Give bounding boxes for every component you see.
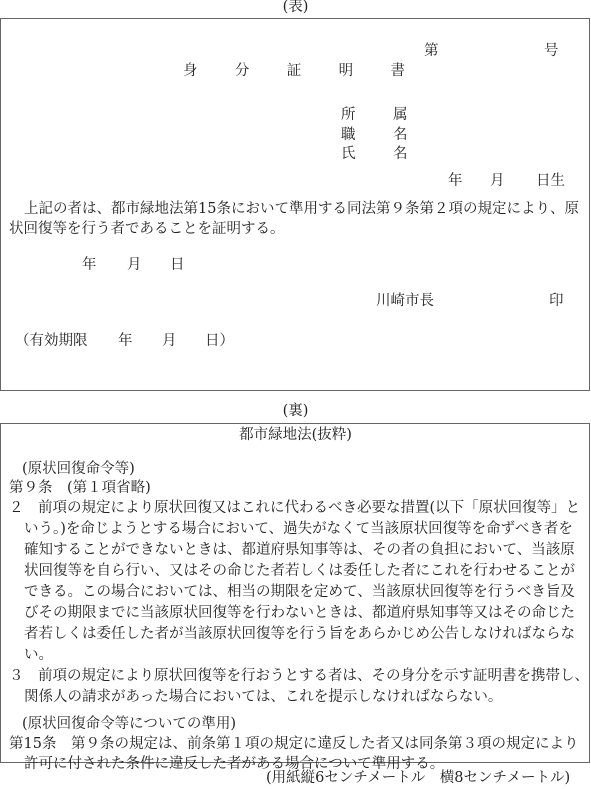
article-9-para2-line: い。 — [24, 648, 53, 663]
birth-day: 日生 — [536, 174, 565, 189]
title-char: 証 — [287, 64, 302, 79]
article-9-para2-line: いう。)を命じようとする場合において、過失がなくて当該原状回復等を命ずべき者を — [24, 522, 573, 537]
number-go: 号 — [544, 44, 559, 59]
title-char: 明 — [339, 64, 354, 79]
field-title-b: 名 — [393, 128, 408, 143]
article-9-para3-line: 関係人の請求があった場合においては、これを提示しなければならない。 — [24, 690, 502, 705]
title-char: 身 — [183, 64, 198, 79]
title-char: 書 — [391, 64, 406, 79]
field-title-a: 職 — [341, 128, 356, 143]
law-title: 都市緑地法(抜粋) — [0, 428, 591, 443]
field-affiliation-a: 所 — [341, 108, 356, 123]
field-name-b: 名 — [393, 147, 408, 162]
birth-year: 年 — [448, 174, 463, 189]
certification-text-line2: 状回復等を行う者であることを証明する。 — [9, 222, 285, 237]
front-caption: (表) — [0, 0, 591, 15]
article-9-para2-line: 確知することができないときは、都道府県知事等は、その者の負担において、当該原 — [24, 543, 575, 558]
issue-month: 月 — [127, 258, 142, 273]
certification-text-line1: 上記の者は、都市緑地法第15条において準用する同法第９条第２項の規定により、原 — [24, 202, 579, 217]
field-affiliation-b: 属 — [393, 108, 408, 123]
back-caption: (裏) — [0, 404, 591, 419]
issuer-mayor: 川崎市長 — [376, 294, 434, 309]
heading-restoration-order: (原状回復命令等) — [22, 462, 135, 477]
number-dai: 第 — [424, 44, 439, 59]
validity-year: 年 — [118, 334, 133, 349]
validity-month: 月 — [162, 334, 177, 349]
article-9-para2-line: 状回復等を自ら行い、又はその命じた者若しくは委任した者にこれを行わせることが — [24, 564, 575, 579]
article-15-line: 第15条 第９条の規定は、前条第１項の規定に違反した者又は同条第３項の規定により — [9, 737, 578, 752]
heading-application: (原状回復命令等についての準用) — [22, 717, 236, 732]
issue-year: 年 — [82, 258, 97, 273]
article-9-para2-line: びその期限までに当該原状回復等を行わないときは、都道府県知事等又はその命じた — [24, 606, 575, 621]
validity-label: （有効期限 — [15, 334, 88, 349]
seal-mark: 印 — [549, 294, 564, 309]
article-9-para2-line: ２ 前項の規定により原状回復又はこれに代わるべき必要な措置(以下「原状回復等」と — [9, 501, 580, 516]
paper-size-note: (用紙縦6センチメートル 横8センチメートル) — [266, 771, 570, 786]
article-9-para2-line: できる。この場合においては、相当の期限を定めて、当該原状回復等を行うべき旨及 — [24, 585, 575, 600]
title-char: 分 — [235, 64, 250, 79]
article-9-para3-line: ３ 前項の規定により原状回復等を行おうとする者は、その身分を示す証明書を携帯し、 — [9, 669, 589, 684]
article-9-para2-line: 者若しくは委任した者が当該原状回復等を行う旨をあらかじめ公告しなければならな — [24, 627, 575, 642]
document-title: 身 分 証 明 書 — [183, 64, 405, 79]
field-name-a: 氏 — [341, 147, 356, 162]
birth-month: 月 — [490, 174, 505, 189]
validity-day: 日） — [205, 334, 234, 349]
article-9-heading: 第９条 (第１項省略) — [9, 481, 151, 496]
issue-day: 日 — [170, 258, 185, 273]
